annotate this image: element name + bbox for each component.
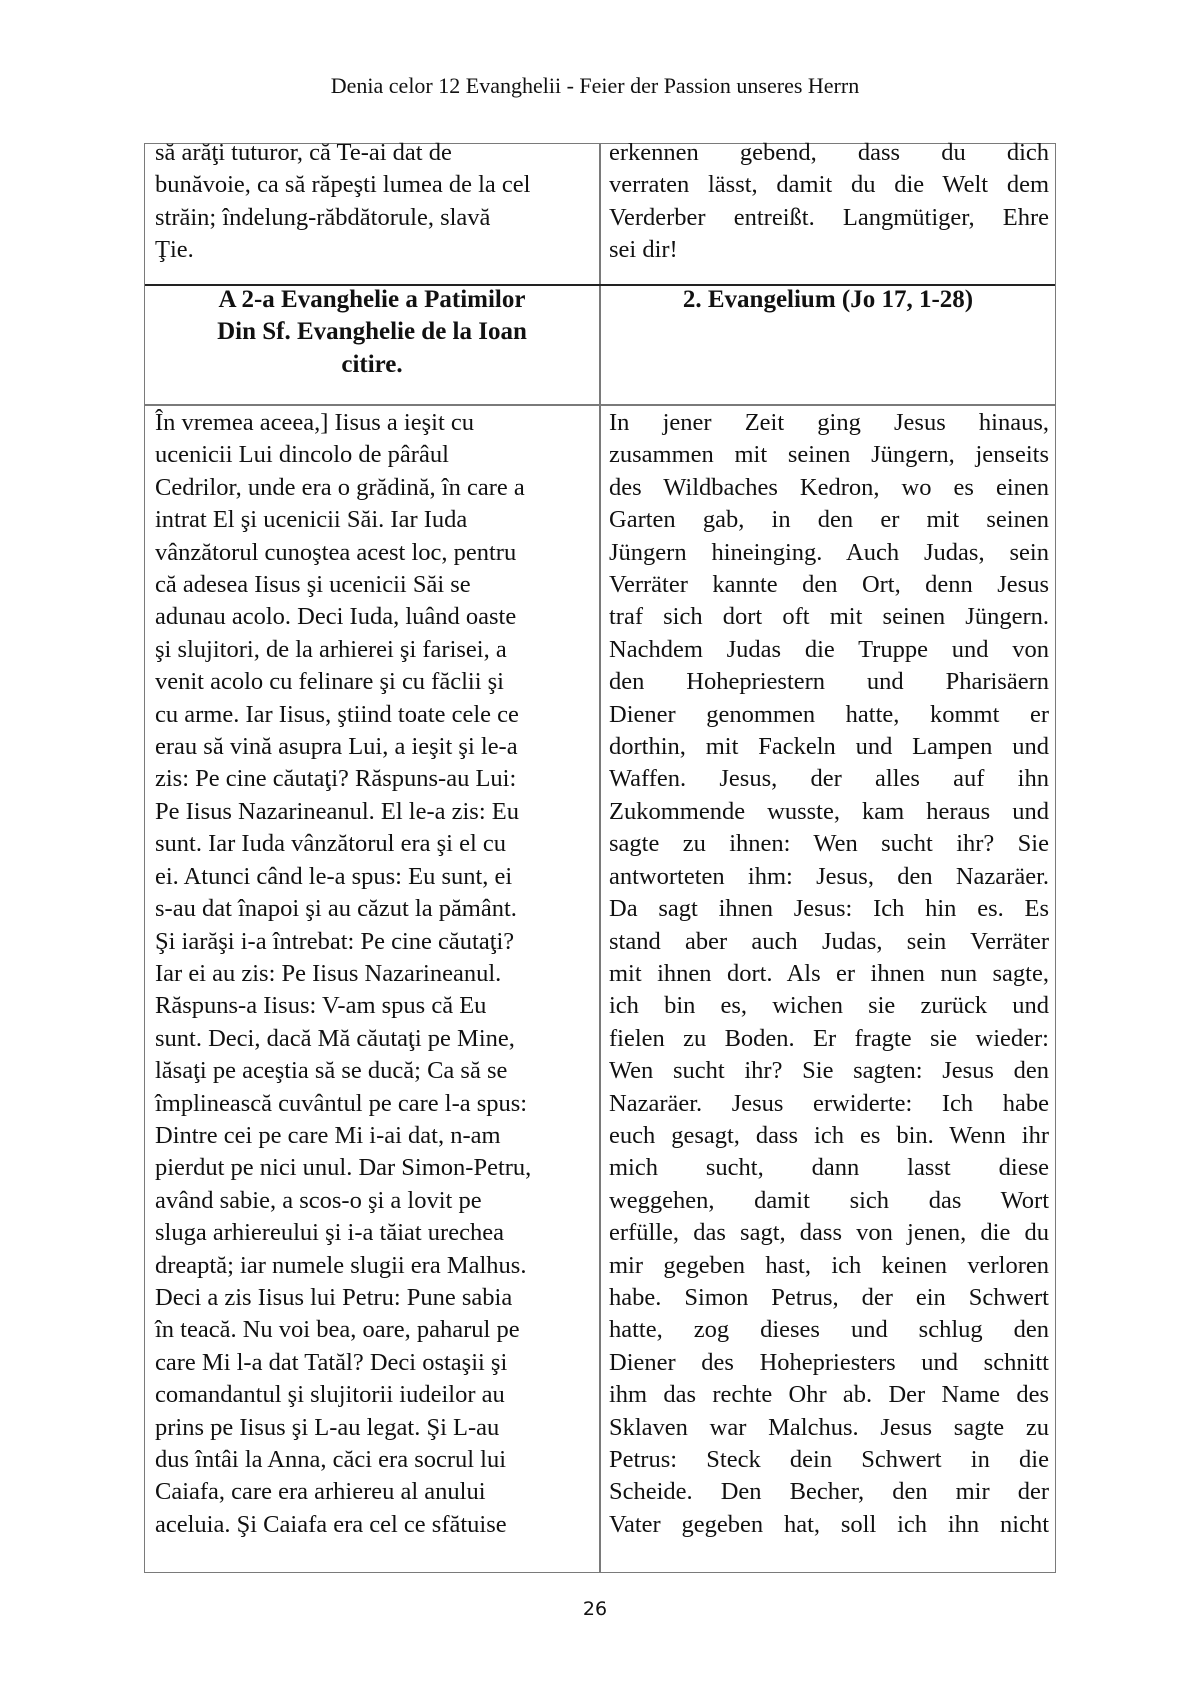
text-line: străin; îndelung-răbdătorule, slavă xyxy=(155,202,595,234)
text-line: adunau acolo. Deci Iuda, luând oaste xyxy=(155,601,595,633)
text-line: habe. Simon Petrus, der ein Schwert xyxy=(609,1282,1049,1314)
text-line: Wen sucht ihr? Sie sagten: Jesus den xyxy=(609,1055,1049,1087)
text-line: euch gesagt, dass ich es bin. Wenn ihr xyxy=(609,1120,1049,1152)
text-line: Diener des Hohepriesters und schnitt xyxy=(609,1347,1049,1379)
text-line: venit acolo cu felinare şi cu făclii şi xyxy=(155,666,595,698)
text-line: şi slujitori, de la arhierei şi farisei,… xyxy=(155,634,595,666)
text-line: Cedrilor, unde era o grădină, în care a xyxy=(155,472,595,504)
text-line: mit ihnen dort. Als er ihnen nun sagte, xyxy=(609,958,1049,990)
text-line: Waffen. Jesus, der alles auf ihn xyxy=(609,763,1049,795)
text-line: Din Sf. Evanghelie de la Ioan xyxy=(145,316,599,348)
text-line: Şi iarăşi i-a întrebat: Pe cine căutaţi? xyxy=(155,926,595,958)
text-line: Răspuns-a Iisus: V-am spus că Eu xyxy=(155,990,595,1022)
text-line: că adesea Iisus şi ucenicii Săi se xyxy=(155,569,595,601)
text-line: citire. xyxy=(145,349,599,381)
text-line: în teacă. Nu voi bea, oare, paharul pe xyxy=(155,1314,595,1346)
text-line: erkennen gebend, dass du dich xyxy=(609,137,1049,169)
text-line: hatte, zog dieses und schlug den xyxy=(609,1314,1049,1346)
text-line: În vremea aceea,] Iisus a ieşit cu xyxy=(155,407,595,439)
text-line: intrat El şi ucenicii Săi. Iar Iuda xyxy=(155,504,595,536)
text-line: cu arme. Iar Iisus, ştiind toate cele ce xyxy=(155,699,595,731)
text-line: ihm das rechte Ohr ab. Der Name des xyxy=(609,1379,1049,1411)
text-line: ich bin es, wichen sie zurück und xyxy=(609,990,1049,1022)
text-line: comandantul şi slujitorii iudeilor au xyxy=(155,1379,595,1411)
text-line: dus întâi la Anna, căci era socrul lui xyxy=(155,1444,595,1476)
text-line: s-au dat înapoi şi au căzut la pământ. xyxy=(155,893,595,925)
text-line: Sklaven war Malchus. Jesus sagte zu xyxy=(609,1412,1049,1444)
text-line: ucenicii Lui dincolo de pârâul xyxy=(155,439,595,471)
text-line: stand aber auch Judas, sein Verräter xyxy=(609,926,1049,958)
text-line: Petrus: Steck dein Schwert in die xyxy=(609,1444,1049,1476)
text-line: Garten gab, in den er mit seinen xyxy=(609,504,1049,536)
page-number: 26 xyxy=(0,1598,1190,1620)
text-line: Jüngern hineinging. Auch Judas, sein xyxy=(609,537,1049,569)
parallel-text-table: să arăţi tuturor, că Te-ai dat debunăvoi… xyxy=(144,143,1056,1573)
text-line: zusammen mit seinen Jüngern, jenseits xyxy=(609,439,1049,471)
text-line: lăsaţi pe aceştia să se ducă; Ca să se xyxy=(155,1055,595,1087)
text-line: sluga arhiereului şi i-a tăiat urechea xyxy=(155,1217,595,1249)
text-line: dorthin, mit Fackeln und Lampen und xyxy=(609,731,1049,763)
text-line: vânzătorul cunoştea acest loc, pentru xyxy=(155,537,595,569)
text-line: prins pe Iisus şi L-au legat. Şi L-au xyxy=(155,1412,595,1444)
column-divider xyxy=(599,144,601,1572)
text-line: Verräter kannte den Ort, denn Jesus xyxy=(609,569,1049,601)
text-line: Nazaräer. Jesus erwiderte: Ich habe xyxy=(609,1088,1049,1120)
text-line: sagte zu ihnen: Wen sucht ihr? Sie xyxy=(609,828,1049,860)
text-line: sunt. Iar Iuda vânzătorul era şi el cu xyxy=(155,828,595,860)
text-line: având sabie, a scos-o şi a lovit pe xyxy=(155,1185,595,1217)
text-line: Caiafa, care era arhiereu al anului xyxy=(155,1476,595,1508)
text-line: Pe Iisus Nazarineanul. El le-a zis: Eu xyxy=(155,796,595,828)
text-line: dreaptă; iar numele slugii era Malhus. xyxy=(155,1250,595,1282)
text-line: Deci a zis Iisus lui Petru: Pune sabia xyxy=(155,1282,595,1314)
row1-german-cell: erkennen gebend, dass du dichverraten lä… xyxy=(609,137,1049,267)
page-header: Denia celor 12 Evanghelii - Feier der Pa… xyxy=(0,73,1190,99)
text-line: Iar ei au zis: Pe Iisus Nazarineanul. xyxy=(155,958,595,990)
text-line: Vater gegeben hat, soll ich ihn nicht xyxy=(609,1509,1049,1541)
row-divider-2 xyxy=(145,404,1055,406)
text-line: mich sucht, dann lasst diese xyxy=(609,1152,1049,1184)
german-heading-text: 2. Evangelium (Jo 17, 1-28) xyxy=(683,286,973,313)
text-line: ei. Atunci când le-a spus: Eu sunt, ei xyxy=(155,861,595,893)
text-line: Zukommende wusste, kam heraus und xyxy=(609,796,1049,828)
text-line: A 2-a Evanghelie a Patimilor xyxy=(145,284,599,316)
text-line: Da sagt ihnen Jesus: Ich hin es. Es xyxy=(609,893,1049,925)
text-line: erau să vină asupra Lui, a ieşit şi le-a xyxy=(155,731,595,763)
text-line: sunt. Deci, dacă Mă căutaţi pe Mine, xyxy=(155,1023,595,1055)
text-line: împlinească cuvântul pe care l-a spus: xyxy=(155,1088,595,1120)
text-line: traf sich dort oft mit seinen Jüngern. xyxy=(609,601,1049,633)
text-line: des Wildbaches Kedron, wo es einen xyxy=(609,472,1049,504)
row1-romanian-cell: să arăţi tuturor, că Te-ai dat debunăvoi… xyxy=(155,137,595,267)
text-line: den Hohepriestern und Pharisäern xyxy=(609,666,1049,698)
text-line: Scheide. Den Becher, den mir der xyxy=(609,1476,1049,1508)
row2-romanian-heading: A 2-a Evanghelie a PatimilorDin Sf. Evan… xyxy=(145,284,599,381)
text-line: să arăţi tuturor, că Te-ai dat de xyxy=(155,137,595,169)
row3-romanian-cell: În vremea aceea,] Iisus a ieşit cuucenic… xyxy=(155,407,595,1541)
text-line: pierdut pe nici unul. Dar Simon-Petru, xyxy=(155,1152,595,1184)
text-line: mir gegeben hast, ich keinen verloren xyxy=(609,1250,1049,1282)
text-line: verraten lässt, damit du die Welt dem xyxy=(609,169,1049,201)
text-line: fielen zu Boden. Er fragte sie wieder: xyxy=(609,1023,1049,1055)
text-line: aceluia. Şi Caiafa era cel ce sfătuise xyxy=(155,1509,595,1541)
text-line: sei dir! xyxy=(609,234,1049,266)
text-line: Ţie. xyxy=(155,234,595,266)
text-line: care Mi l-a dat Tatăl? Deci ostaşii şi xyxy=(155,1347,595,1379)
text-line: Dintre cei pe care Mi i-ai dat, n-am xyxy=(155,1120,595,1152)
text-line: In jener Zeit ging Jesus hinaus, xyxy=(609,407,1049,439)
text-line: Diener genommen hatte, kommt er xyxy=(609,699,1049,731)
text-line: bunăvoie, ca să răpeşti lumea de la cel xyxy=(155,169,595,201)
text-line: Nachdem Judas die Truppe und von xyxy=(609,634,1049,666)
text-line: erfülle, das sagt, dass von jenen, die d… xyxy=(609,1217,1049,1249)
row2-german-heading: 2. Evangelium (Jo 17, 1-28) xyxy=(601,284,1055,316)
text-line: antworteten ihm: Jesus, den Nazaräer. xyxy=(609,861,1049,893)
row3-german-cell: In jener Zeit ging Jesus hinaus,zusammen… xyxy=(609,407,1049,1541)
text-line: Verderber entreißt. Langmütiger, Ehre xyxy=(609,202,1049,234)
text-line: weggehen, damit sich das Wort xyxy=(609,1185,1049,1217)
text-line: zis: Pe cine căutaţi? Răspuns-au Lui: xyxy=(155,763,595,795)
